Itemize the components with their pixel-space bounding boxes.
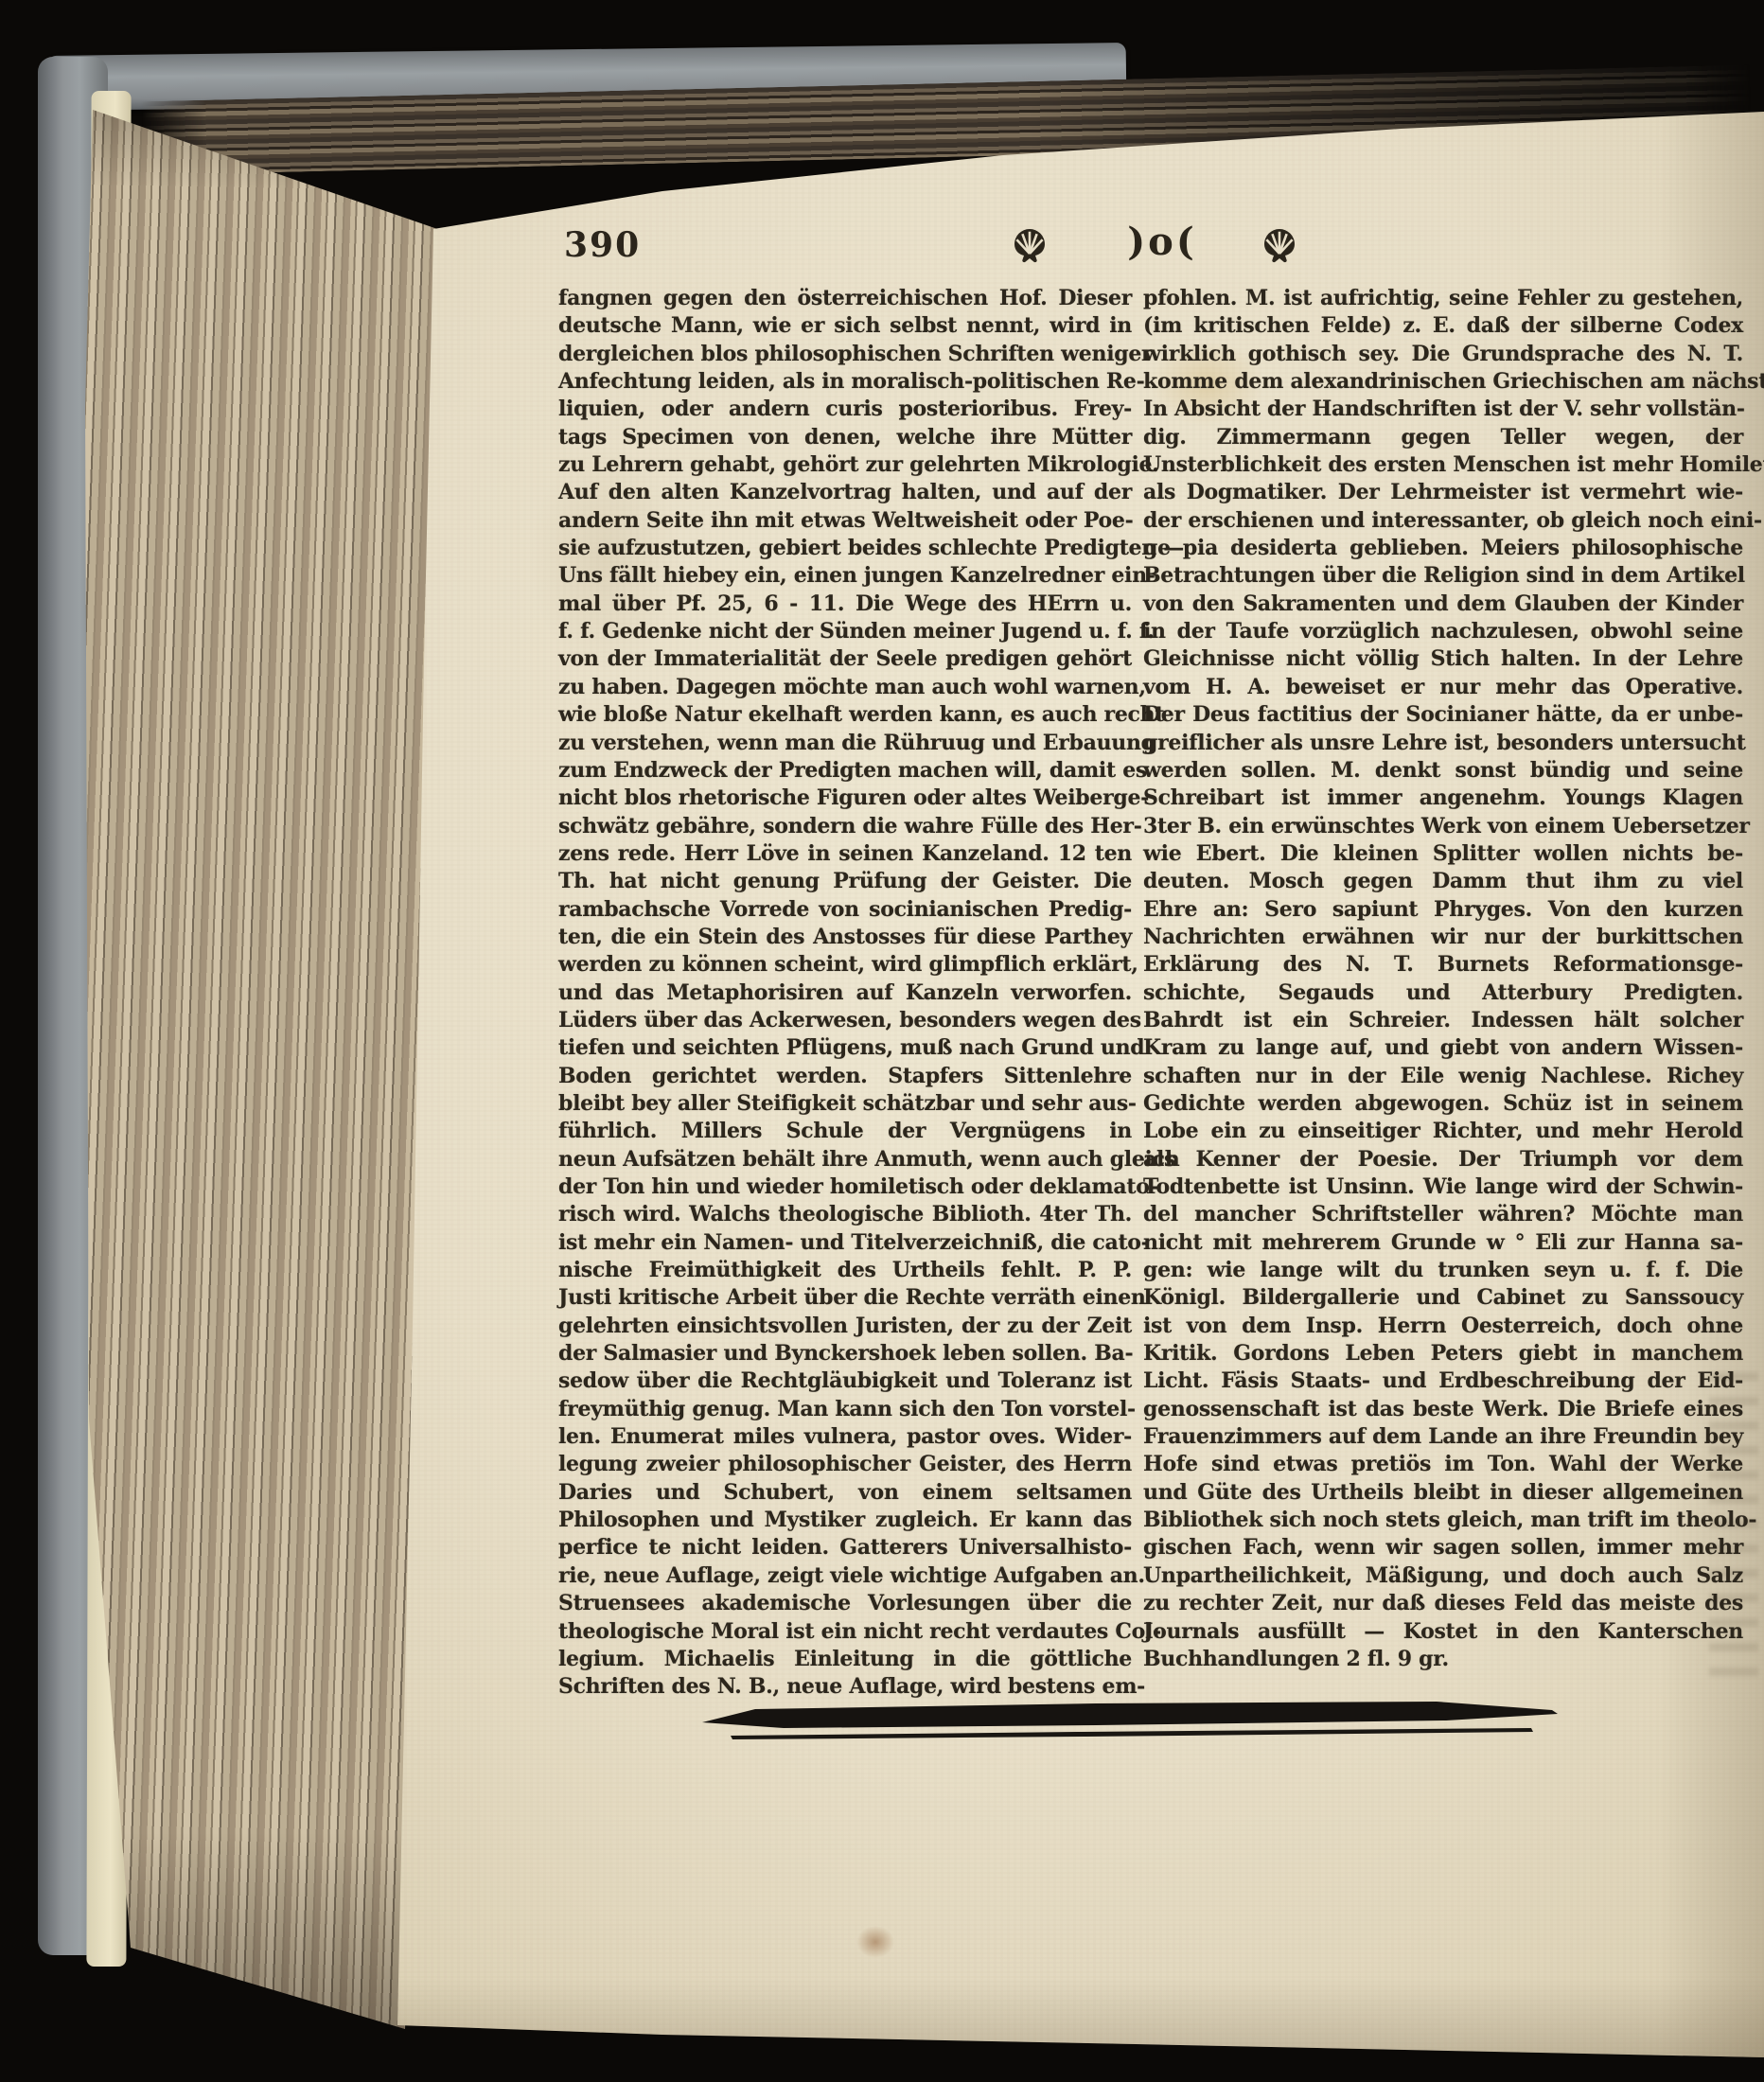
text-line: risch wird. Walchs theologische Biblioth… xyxy=(558,1201,1132,1228)
text-line: tags Specimen von denen, welche ihre Müt… xyxy=(558,424,1132,451)
text-line: der Salmasier und Bynckershoek leben sol… xyxy=(558,1340,1132,1367)
text-line: Uns fällt hiebey ein, einen jungen Kanze… xyxy=(558,562,1132,590)
text-line: werden sollen. M. denkt sonst bündig und… xyxy=(1143,757,1743,785)
text-line: Nachrichten erwähnen wir nur der burkitt… xyxy=(1143,924,1743,951)
text-line: dig. Zimmermann gegen Teller wegen, der xyxy=(1143,424,1743,451)
text-line: f. f. Gedenke nicht der Sünden meiner Ju… xyxy=(558,618,1132,645)
text-line: 3ter B. ein erwünschtes Werk von einem U… xyxy=(1143,813,1743,840)
text-line: ist von dem Insp. Herrn Oesterreich, doc… xyxy=(1143,1313,1743,1340)
text-line: als Kenner der Poesie. Der Triumph vor d… xyxy=(1143,1146,1743,1173)
text-line: Schreibart ist immer angenehm. Youngs Kl… xyxy=(1143,785,1743,812)
text-line: Königl. Bildergallerie und Cabinet zu Sa… xyxy=(1143,1284,1743,1312)
text-line: führlich. Millers Schule der Vergnügens … xyxy=(558,1118,1132,1145)
book-scan: 390 )o( fangnen gegen den österreichisch… xyxy=(0,0,1764,2082)
text-line: Justi kritische Arbeit über die Rechte v… xyxy=(558,1284,1132,1312)
text-line: gelehrten einsichtsvollen Juristen, der … xyxy=(558,1313,1132,1340)
text-line: sie aufzustutzen, gebiert beides schlech… xyxy=(558,535,1132,562)
text-line: Journals ausfüllt — Kostet in den Kanter… xyxy=(1143,1618,1743,1646)
text-line: zu Lehrern gehabt, gehört zur gelehrten … xyxy=(558,451,1132,479)
text-line: pfohlen. M. ist aufrichtig, seine Fehler… xyxy=(1143,285,1743,312)
text-line: und Güte des Urtheils bleibt in dieser a… xyxy=(1143,1479,1743,1507)
text-line: und das Metaphorisiren auf Kanzeln verwo… xyxy=(558,979,1132,1007)
text-line: in der Taufe vorzüglich nachzulesen, obw… xyxy=(1143,618,1743,645)
text-line: sedow über die Rechtgläubigkeit und Tole… xyxy=(558,1367,1132,1395)
text-line: Gedichte werden abgewogen. Schüz ist in … xyxy=(1143,1090,1743,1118)
text-line: Lobe ein zu einseitiger Richter, und meh… xyxy=(1143,1118,1743,1145)
text-line: Buchhandlungen 2 fl. 9 gr. xyxy=(1143,1646,1743,1673)
text-line: ge pia desiderta geblieben. Meiers philo… xyxy=(1143,535,1743,562)
text-line: wie bloße Natur ekelhaft werden kann, es… xyxy=(558,701,1132,729)
text-line: Kram zu lange auf, und giebt von andern … xyxy=(1143,1034,1743,1062)
text-line: Frauenzimmers auf dem Lande an ihre Freu… xyxy=(1143,1423,1743,1451)
text-line: zu rechter Zeit, nur daß dieses Feld das… xyxy=(1143,1590,1743,1617)
text-line: Hofe sind etwas pretiös im Ton. Wahl der… xyxy=(1143,1451,1743,1478)
text-line: freymüthig genug. Man kann sich den Ton … xyxy=(558,1396,1132,1423)
text-line: werden zu können scheint, wird glimpflic… xyxy=(558,951,1132,979)
text-line: Gleichnisse nicht völlig Stich halten. I… xyxy=(1143,645,1743,673)
text-line: Boden gerichtet werden. Stapfers Sittenl… xyxy=(558,1063,1132,1090)
text-column-left: fangnen gegen den österreichischen Hof. … xyxy=(558,285,1132,1702)
text-line: perfice te nicht leiden. Gatterers Unive… xyxy=(558,1534,1132,1561)
text-line: theologische Moral ist ein nicht recht v… xyxy=(558,1618,1132,1646)
header-separator: )o( xyxy=(1105,220,1219,264)
text-line: len. Enumerat miles vulnera, pastor oves… xyxy=(558,1423,1132,1451)
text-column-right: pfohlen. M. ist aufrichtig, seine Fehler… xyxy=(1143,285,1743,1673)
footer-swelled-rule xyxy=(698,1698,1569,1745)
text-line: schwätz gebähre, sondern die wahre Fülle… xyxy=(558,813,1132,840)
text-line: Bibliothek sich noch stets gleich, man t… xyxy=(1143,1507,1743,1534)
text-line: nische Freimüthigkeit des Urtheils fehlt… xyxy=(558,1257,1132,1284)
text-line: mal über Pf. 25, 6 - 11. Die Wege des HE… xyxy=(558,591,1132,618)
text-line: gen: wie lange wilt du trunken seyn u. f… xyxy=(1143,1257,1743,1284)
text-line: In Absicht der Handschriften ist der V. … xyxy=(1143,396,1743,423)
text-line: gischen Fach, wenn wir sagen sollen, imm… xyxy=(1143,1534,1743,1561)
text-line: Licht. Fäsis Staats- und Erdbeschreibung… xyxy=(1143,1367,1743,1395)
text-line: als Dogmatiker. Der Lehrmeister ist verm… xyxy=(1143,479,1743,506)
text-line: wirklich gothisch sey. Die Grundsprache … xyxy=(1143,341,1743,368)
text-line: wie Ebert. Die kleinen Splitter wollen n… xyxy=(1143,840,1743,868)
text-line: dergleichen blos philosophischen Schrift… xyxy=(558,341,1132,368)
text-line: rie, neue Auflage, zeigt viele wichtige … xyxy=(558,1562,1132,1590)
text-line: Erklärung des N. T. Burnets Reformations… xyxy=(1143,951,1743,979)
text-line: Kritik. Gordons Leben Peters giebt in ma… xyxy=(1143,1340,1743,1367)
text-line: liquien, oder andern curis posterioribus… xyxy=(558,396,1132,423)
text-line: Anfechtung leiden, als in moralisch-poli… xyxy=(558,368,1132,396)
text-line: deutsche Mann, wie er sich selbst nennt,… xyxy=(558,312,1132,340)
text-line: der Ton hin und wieder homiletisch oder … xyxy=(558,1173,1132,1201)
text-line: tiefen und seichten Pflügens, muß nach G… xyxy=(558,1034,1132,1062)
scallop-shell-icon xyxy=(1007,225,1052,271)
text-line: zum Endzweck der Predigten machen will, … xyxy=(558,757,1132,785)
text-line: Th. hat nicht genung Prüfung der Geister… xyxy=(558,868,1132,895)
text-line: andern Seite ihn mit etwas Weltweisheit … xyxy=(558,507,1132,535)
text-line: von den Sakramenten und dem Glauben der … xyxy=(1143,591,1743,618)
text-line: komme dem alexandrinischen Griechischen … xyxy=(1143,368,1743,396)
text-line: zu verstehen, wenn man die Rühruug und E… xyxy=(558,730,1132,757)
text-line: Ehre an: Sero sapiunt Phryges. Von den k… xyxy=(1143,896,1743,924)
text-line: von der Immaterialität der Seele predige… xyxy=(558,645,1132,673)
text-line: der erschienen und interessanter, ob gle… xyxy=(1143,507,1743,535)
text-line: neun Aufsätzen behält ihre Anmuth, wenn … xyxy=(558,1146,1132,1173)
text-line: nicht mit mehrerem Grunde w ° Eli zur Ha… xyxy=(1143,1229,1743,1257)
text-line: Der Deus factitius der Socinianer hätte,… xyxy=(1143,701,1743,729)
text-line: deuten. Mosch gegen Damm thut ihm zu vie… xyxy=(1143,868,1743,895)
text-line: (im kritischen Felde) z. E. daß der silb… xyxy=(1143,312,1743,340)
text-line: schichte, Segauds und Atterbury Predigte… xyxy=(1143,979,1743,1007)
text-line: legung zweier philosophischer Geister, d… xyxy=(558,1451,1132,1478)
text-line: Lüders über das Ackerwesen, besonders we… xyxy=(558,1007,1132,1034)
text-line: Philosophen und Mystiker zugleich. Er ka… xyxy=(558,1507,1132,1534)
text-line: Auf den alten Kanzelvortrag halten, und … xyxy=(558,479,1132,506)
text-line: Todtenbette ist Unsinn. Wie lange wird d… xyxy=(1143,1173,1743,1201)
text-line: Struensees akademische Vorlesungen über … xyxy=(558,1590,1132,1617)
paper-stain xyxy=(856,1926,894,1958)
page-number: 390 xyxy=(564,225,641,265)
text-line: legium. Michaelis Einleitung in die gött… xyxy=(558,1646,1132,1673)
text-line: fangnen gegen den österreichischen Hof. … xyxy=(558,285,1132,312)
text-line: bleibt bey aller Steifigkeit schätzbar u… xyxy=(558,1090,1132,1118)
text-line: Unsterblichkeit des ersten Menschen ist … xyxy=(1143,451,1743,479)
text-line: ten, die ein Stein des Anstosses für die… xyxy=(558,924,1132,951)
text-line: greiflicher als unsre Lehre ist, besonde… xyxy=(1143,730,1743,757)
text-line: Unpartheilichkeit, Mäßigung, und doch au… xyxy=(1143,1562,1743,1590)
text-line: del mancher Schriftsteller währen? Möcht… xyxy=(1143,1201,1743,1228)
text-line: rambachsche Vorrede von socinianischen P… xyxy=(558,896,1132,924)
text-line: genossenschaft ist das beste Werk. Die B… xyxy=(1143,1396,1743,1423)
text-line: schaften nur in der Eile wenig Nachlese.… xyxy=(1143,1063,1743,1090)
text-line: Betrachtungen über die Religion sind in … xyxy=(1143,562,1743,590)
text-line: nicht blos rhetorische Figuren oder alte… xyxy=(558,785,1132,812)
text-line: zens rede. Herr Löve in seinen Kanzeland… xyxy=(558,840,1132,868)
text-line: zu haben. Dagegen möchte man auch wohl w… xyxy=(558,674,1132,701)
scallop-shell-icon xyxy=(1257,225,1302,271)
text-line: vom H. A. beweiset er nur mehr das Opera… xyxy=(1143,674,1743,701)
text-line: ist mehr ein Namen- und Titelverzeichniß… xyxy=(558,1229,1132,1257)
text-line: Daries und Schubert, von einem seltsamen xyxy=(558,1479,1132,1507)
text-line: Bahrdt ist ein Schreier. Indessen hält s… xyxy=(1143,1007,1743,1034)
